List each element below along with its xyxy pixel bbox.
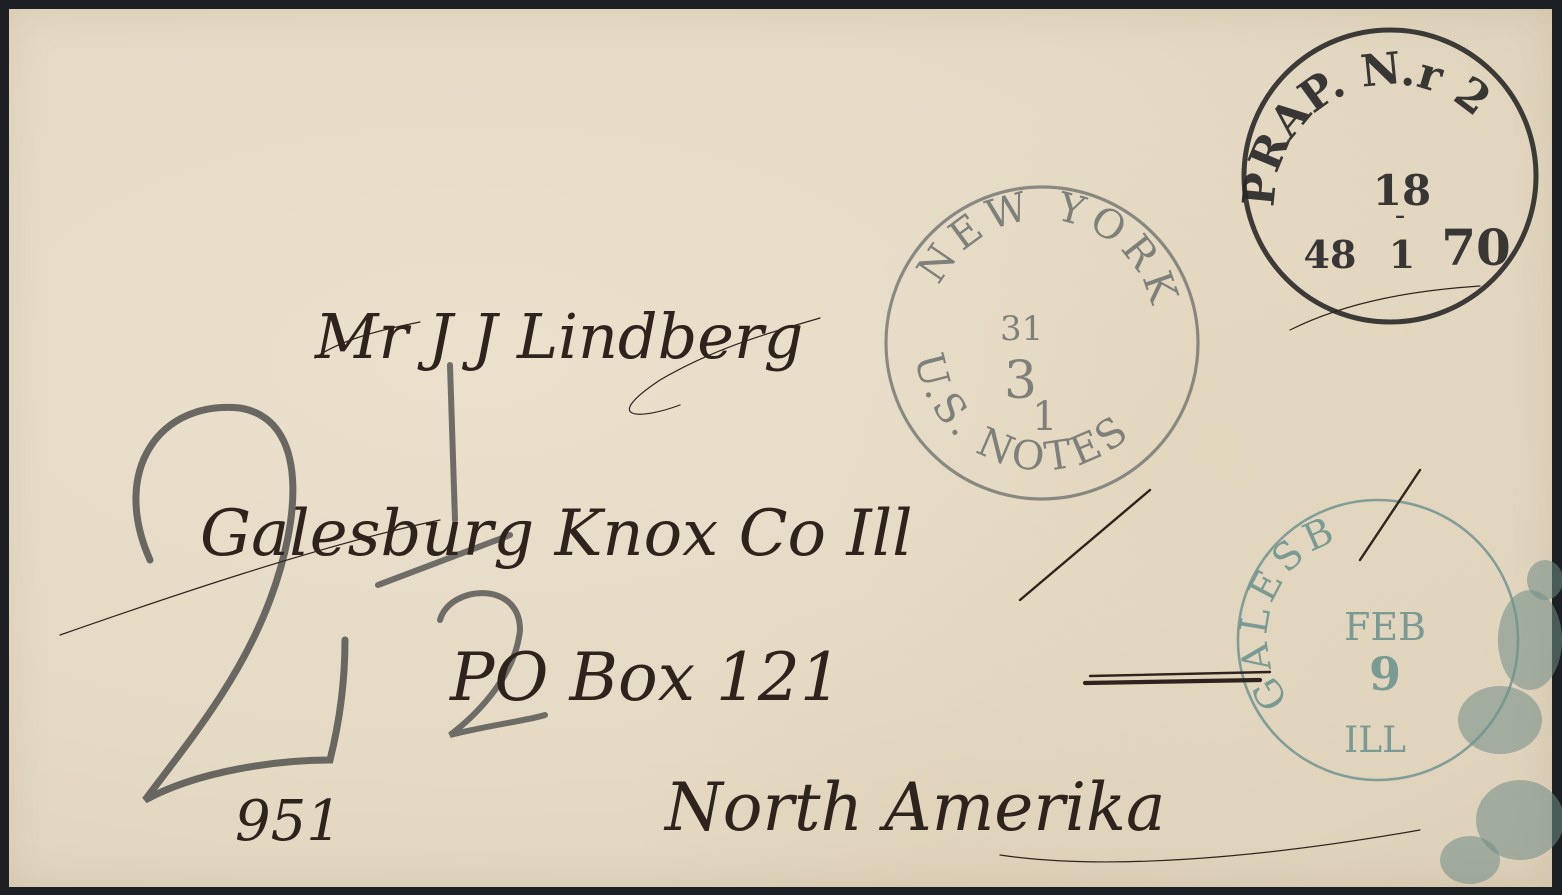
- arrival-postmark-month: FEB: [1344, 605, 1426, 649]
- transit-postmark-day: 31: [1000, 309, 1043, 349]
- origin-postmark-time: 48: [1304, 232, 1357, 277]
- transit-postmark-month: 1: [1032, 394, 1057, 440]
- transit-postmark: NEW YORK U.S. NOTES 3 31 1: [886, 182, 1198, 499]
- address-line-1-script: Mr J J Lindberg: [314, 300, 803, 373]
- origin-postmark-year: 70: [1441, 218, 1511, 277]
- origin-postmark-text: PRAP. N.r 2: [1233, 43, 1499, 208]
- svg-text:PRAP. N.r 2: PRAP. N.r 2: [1233, 43, 1499, 208]
- pencil-rate-marking: [136, 365, 545, 800]
- svg-text:NEW YORK: NEW YORK: [909, 182, 1189, 314]
- strikethrough-line: [1085, 680, 1260, 683]
- address-line-2-script: Galesburg Knox Co Ill: [200, 497, 913, 571]
- docket-number: 951: [235, 789, 342, 854]
- transit-postmark-top: NEW YORK: [909, 182, 1189, 314]
- arrival-postmark-day: 9: [1369, 647, 1401, 701]
- arrival-postmark-state: ILL: [1344, 720, 1406, 761]
- address-line-4-script: North Amerika: [663, 769, 1165, 846]
- envelope-markings: PRAP. N.r 2 18 – 48 1 70 NEW YORK U.S. N…: [0, 0, 1562, 895]
- address-line-3-script: PO Box 121: [449, 639, 842, 716]
- origin-postmark: PRAP. N.r 2 18 – 48 1 70: [1233, 30, 1536, 322]
- origin-postmark-month: 1: [1389, 232, 1415, 277]
- svg-text:–: –: [1395, 203, 1405, 227]
- ink-smudge: [1440, 560, 1562, 884]
